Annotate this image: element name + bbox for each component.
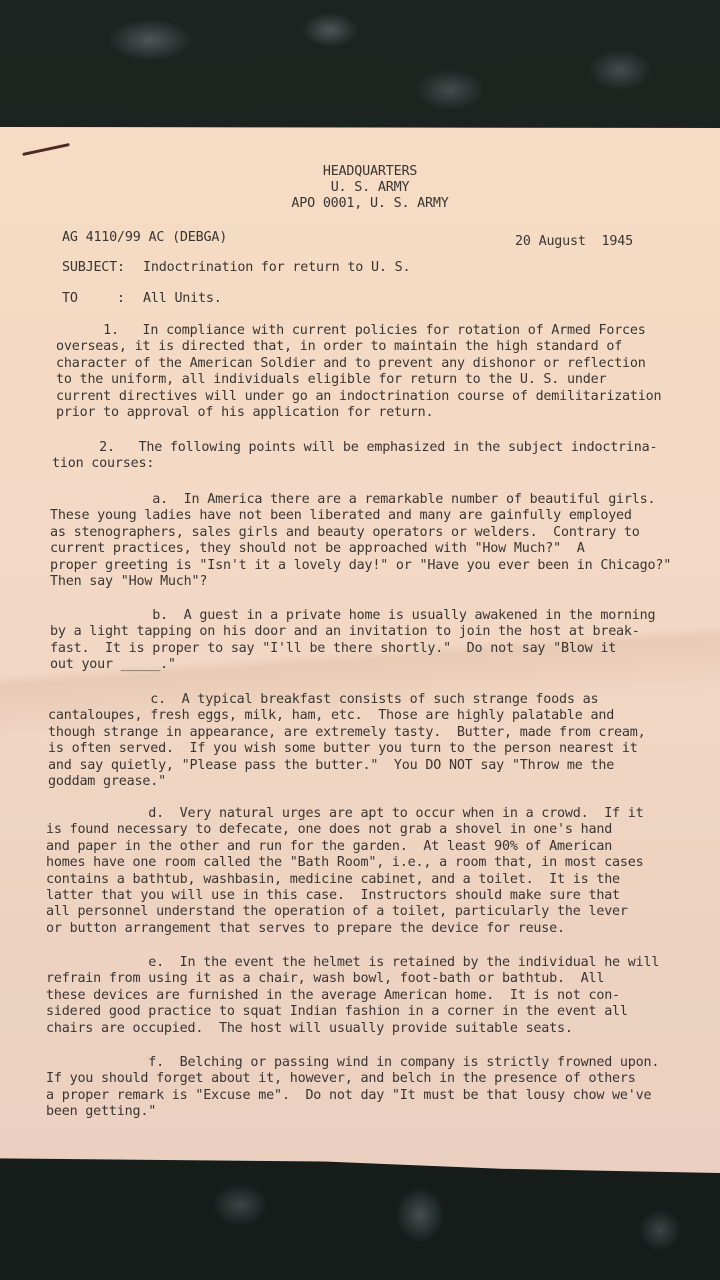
paragraph-line: as stenographers, sales girls and beauty… xyxy=(50,525,671,541)
header-apo: APO 0001, U. S. ARMY xyxy=(10,196,720,212)
paragraph-line: been getting." xyxy=(46,1104,659,1120)
paragraph-line: overseas, it is directed that, in order … xyxy=(56,339,661,355)
paragraph-line: If you should forget about it, however, … xyxy=(46,1071,659,1087)
paragraph-line: 2. The following points will be emphasiz… xyxy=(52,440,657,456)
paragraph-f: f. Belching or passing wind in company i… xyxy=(46,1055,659,1121)
paragraph-line: and say quietly, "Please pass the butter… xyxy=(48,758,646,774)
memo-date: 20 August 1945 xyxy=(515,234,633,250)
to-text: All Units. xyxy=(143,291,222,307)
paragraph-a: a. In America there are a remarkable num… xyxy=(50,492,671,590)
paragraph-line: current practices, they should not be ap… xyxy=(50,541,671,557)
to-label: TO : xyxy=(62,291,125,307)
paragraph-line: prior to approval of his application for… xyxy=(56,405,661,421)
paragraph-line: current directives will under go an indo… xyxy=(56,389,661,405)
paragraph-line: chairs are occupied. The host will usual… xyxy=(46,1021,659,1037)
paragraph-d: d. Very natural urges are apt to occur w… xyxy=(46,806,644,937)
paragraph-b: b. A guest in a private home is usually … xyxy=(50,608,655,674)
paragraph-line: latter that you will use in this case. I… xyxy=(46,888,644,904)
paragraph-line: proper greeting is "Isn't it a lovely da… xyxy=(50,558,671,574)
paragraph-line: and paper in the other and run for the g… xyxy=(46,839,644,855)
header-headquarters: HEADQUARTERS xyxy=(10,164,720,180)
paragraph-line: goddam grease." xyxy=(48,774,646,790)
paragraph-line: cantaloupes, fresh eggs, milk, ham, etc.… xyxy=(48,708,646,724)
paragraph-2: 2. The following points will be emphasiz… xyxy=(52,440,657,473)
paragraph-line: all personnel understand the operation o… xyxy=(46,904,644,920)
paragraph-line: to the uniform, all individuals eligible… xyxy=(56,372,661,388)
paragraph-line: b. A guest in a private home is usually … xyxy=(50,608,655,624)
paragraph-line: e. In the event the helmet is retained b… xyxy=(46,955,659,971)
paragraph-line: sidered good practice to squat Indian fa… xyxy=(46,1004,659,1020)
paragraph-line: Then say "How Much"? xyxy=(50,574,671,590)
paragraph-line: by a light tapping on his door and an in… xyxy=(50,624,655,640)
paragraph-line: d. Very natural urges are apt to occur w… xyxy=(46,806,644,822)
paragraph-c: c. A typical breakfast consists of such … xyxy=(48,692,646,790)
paragraph-line: refrain from using it as a chair, wash b… xyxy=(46,971,659,987)
paragraph-line: is found necessary to defecate, one does… xyxy=(46,822,644,838)
paragraph-line: character of the American Soldier and to… xyxy=(56,356,661,372)
header-us-army: U. S. ARMY xyxy=(10,180,720,196)
reference-number: AG 4110/99 AC (DEBGA) xyxy=(62,230,227,246)
subject-text: Indoctrination for return to U. S. xyxy=(143,260,410,276)
subject-label: SUBJECT: xyxy=(62,260,125,276)
paragraph-1: 1. In compliance with current policies f… xyxy=(56,323,661,421)
paragraph-e: e. In the event the helmet is retained b… xyxy=(46,955,659,1037)
paragraph-line: out your _____." xyxy=(50,657,655,673)
paragraph-line: is often served. If you wish some butter… xyxy=(48,741,646,757)
paragraph-line: c. A typical breakfast consists of such … xyxy=(48,692,646,708)
paragraph-line: f. Belching or passing wind in company i… xyxy=(46,1055,659,1071)
paragraph-line: these devices are furnished in the avera… xyxy=(46,988,659,1004)
paragraph-line: tion courses: xyxy=(52,456,657,472)
paragraph-line: contains a bathtub, washbasin, medicine … xyxy=(46,872,644,888)
paragraph-line: though strange in appearance, are extrem… xyxy=(48,725,646,741)
paragraph-line: These young ladies have not been liberat… xyxy=(50,508,671,524)
paragraph-line: or button arrangement that serves to pre… xyxy=(46,921,644,937)
paragraph-line: a proper remark is "Excuse me". Do not d… xyxy=(46,1088,659,1104)
paragraph-line: a. In America there are a remarkable num… xyxy=(50,492,671,508)
paragraph-line: homes have one room called the "Bath Roo… xyxy=(46,855,644,871)
paragraph-line: 1. In compliance with current policies f… xyxy=(56,323,661,339)
paragraph-line: fast. It is proper to say "I'll be there… xyxy=(50,641,655,657)
